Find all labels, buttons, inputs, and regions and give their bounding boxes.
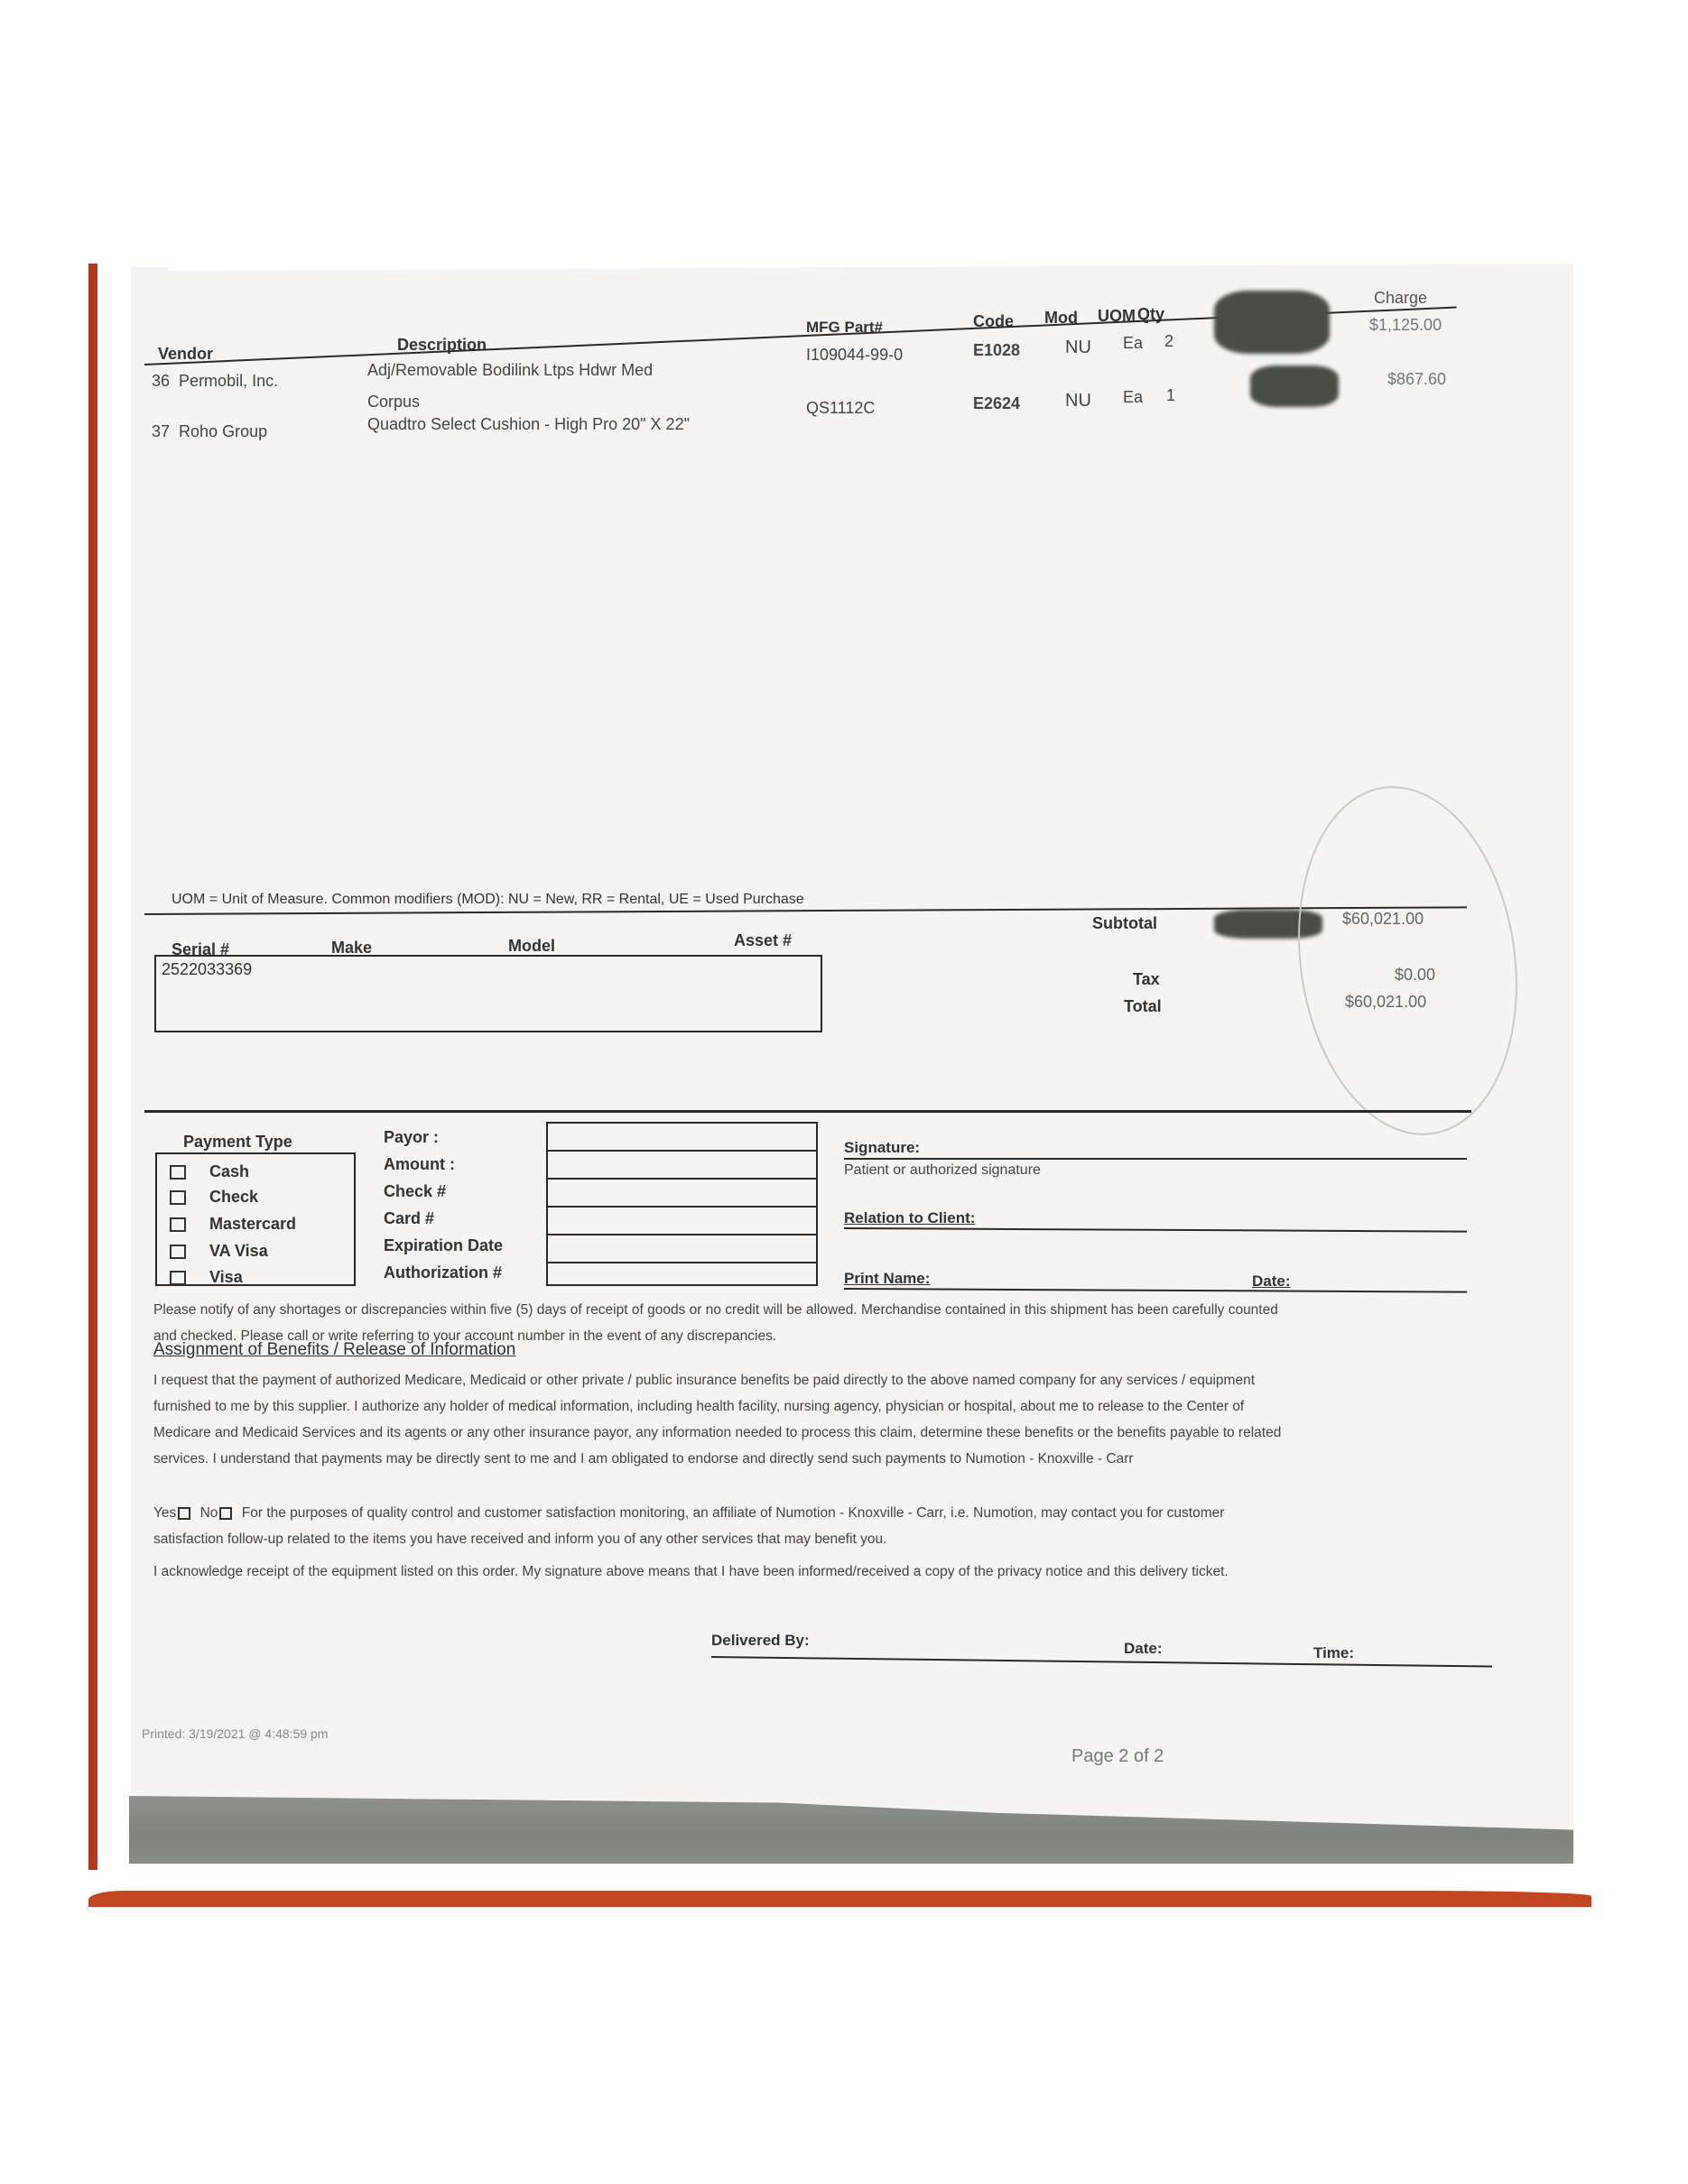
page-number: Page 2 of 2 bbox=[1071, 1746, 1164, 1767]
row-1-description: Adj/Removable Bodilink Ltps Hdwr Med bbox=[367, 361, 653, 380]
print-name-label: Print Name: bbox=[844, 1270, 930, 1288]
yes-checkbox[interactable] bbox=[178, 1507, 190, 1520]
tax-value: $0.00 bbox=[1395, 966, 1435, 985]
header-asset: Asset # bbox=[734, 931, 792, 950]
authorization-number-label: Authorization # bbox=[384, 1259, 503, 1286]
row-1-uom: Ea bbox=[1123, 334, 1143, 353]
expiration-date-label: Expiration Date bbox=[384, 1232, 503, 1259]
signature-label: Signature: bbox=[844, 1139, 920, 1157]
checkbox-icon[interactable] bbox=[170, 1165, 186, 1180]
serial-number-value: 2522033369 bbox=[162, 960, 252, 979]
card-number-field[interactable] bbox=[548, 1208, 816, 1235]
header-model: Model bbox=[508, 937, 555, 956]
payment-field-labels: Payor : Amount : Check # Card # Expirati… bbox=[384, 1124, 503, 1286]
payment-option-check[interactable]: Check bbox=[170, 1185, 354, 1212]
payor-field[interactable] bbox=[548, 1124, 816, 1152]
card-number-label: Card # bbox=[384, 1205, 503, 1232]
assignment-heading: Assignment of Benefits / Release of Info… bbox=[153, 1340, 515, 1360]
redacted-column-header bbox=[1214, 291, 1330, 354]
payment-fields-box bbox=[546, 1122, 818, 1286]
row-1-charge: $1,125.00 bbox=[1369, 316, 1442, 335]
delivered-by-label: Delivered By: bbox=[711, 1632, 810, 1650]
row-2-description: Quadtro Select Cushion - High Pro 20" X … bbox=[367, 415, 690, 434]
payment-option-va-visa[interactable]: VA Visa bbox=[170, 1239, 354, 1266]
equipment-box: 2522033369 bbox=[154, 955, 822, 1032]
payment-option-mastercard[interactable]: Mastercard bbox=[170, 1212, 354, 1239]
row-1-mod: NU bbox=[1065, 338, 1091, 358]
amount-field[interactable] bbox=[548, 1152, 816, 1180]
authorization-number-field[interactable] bbox=[548, 1263, 816, 1290]
row-2-qty: 1 bbox=[1166, 386, 1175, 405]
amount-label: Amount : bbox=[384, 1151, 503, 1178]
row-2-charge: $867.60 bbox=[1387, 370, 1446, 389]
checkbox-icon[interactable] bbox=[170, 1190, 186, 1205]
redacted-value bbox=[1250, 366, 1339, 407]
row-1-vendor: 36 Permobil, Inc. bbox=[152, 372, 278, 391]
signature-sublabel: Patient or authorized signature bbox=[844, 1162, 1041, 1179]
checkbox-icon[interactable] bbox=[170, 1245, 186, 1259]
signature-date-label: Date: bbox=[1252, 1272, 1291, 1291]
subtotal-value: $60,021.00 bbox=[1342, 910, 1424, 929]
consent-paragraph: Yes No For the purposes of quality contr… bbox=[153, 1500, 1295, 1552]
no-checkbox[interactable] bbox=[219, 1507, 232, 1520]
checkbox-icon[interactable] bbox=[170, 1217, 186, 1232]
row-2-uom: Ea bbox=[1123, 388, 1143, 407]
printed-timestamp: Printed: 3/19/2021 @ 4:48:59 pm bbox=[142, 1726, 328, 1741]
assignment-body: I request that the payment of authorized… bbox=[153, 1367, 1295, 1472]
row-2-vendor: 37 Roho Group bbox=[152, 422, 267, 441]
delivery-date-label: Date: bbox=[1124, 1640, 1163, 1658]
acknowledgement-text: I acknowledge receipt of the equipment l… bbox=[153, 1559, 1295, 1585]
row-1-mfg-part: I109044-99-0 bbox=[806, 346, 903, 365]
payment-section-rule bbox=[144, 1110, 1471, 1113]
row-2-description-prefix: Corpus bbox=[367, 393, 420, 412]
delivery-time-label: Time: bbox=[1313, 1644, 1354, 1662]
payor-label: Payor : bbox=[384, 1124, 503, 1151]
total-label: Total bbox=[1124, 997, 1162, 1016]
row-2-mod: NU bbox=[1065, 391, 1091, 412]
signature-line[interactable] bbox=[844, 1158, 1467, 1160]
folder-edge-bottom bbox=[88, 1891, 1591, 1907]
total-value: $60,021.00 bbox=[1345, 993, 1426, 1012]
row-1-qty: 2 bbox=[1164, 332, 1173, 351]
row-2-mfg-part: QS1112C bbox=[806, 399, 875, 418]
payment-option-cash[interactable]: Cash bbox=[170, 1158, 354, 1185]
check-number-label: Check # bbox=[384, 1178, 503, 1205]
header-charge: Charge bbox=[1374, 289, 1427, 308]
payment-option-visa[interactable]: Visa bbox=[170, 1266, 354, 1293]
relation-to-client-label: Relation to Client: bbox=[844, 1209, 975, 1227]
expiration-date-field[interactable] bbox=[548, 1235, 816, 1263]
uom-legend-note: UOM = Unit of Measure. Common modifiers … bbox=[172, 892, 804, 908]
subtotal-label: Subtotal bbox=[1092, 914, 1157, 933]
row-1-code: E1028 bbox=[973, 341, 1020, 360]
payment-type-box: Cash Check Mastercard VA Visa Visa bbox=[155, 1152, 356, 1286]
payment-type-title: Payment Type bbox=[183, 1133, 292, 1152]
checkbox-icon[interactable] bbox=[170, 1271, 186, 1285]
tax-label: Tax bbox=[1133, 970, 1160, 989]
row-2-code: E2624 bbox=[973, 394, 1020, 413]
check-number-field[interactable] bbox=[548, 1180, 816, 1208]
